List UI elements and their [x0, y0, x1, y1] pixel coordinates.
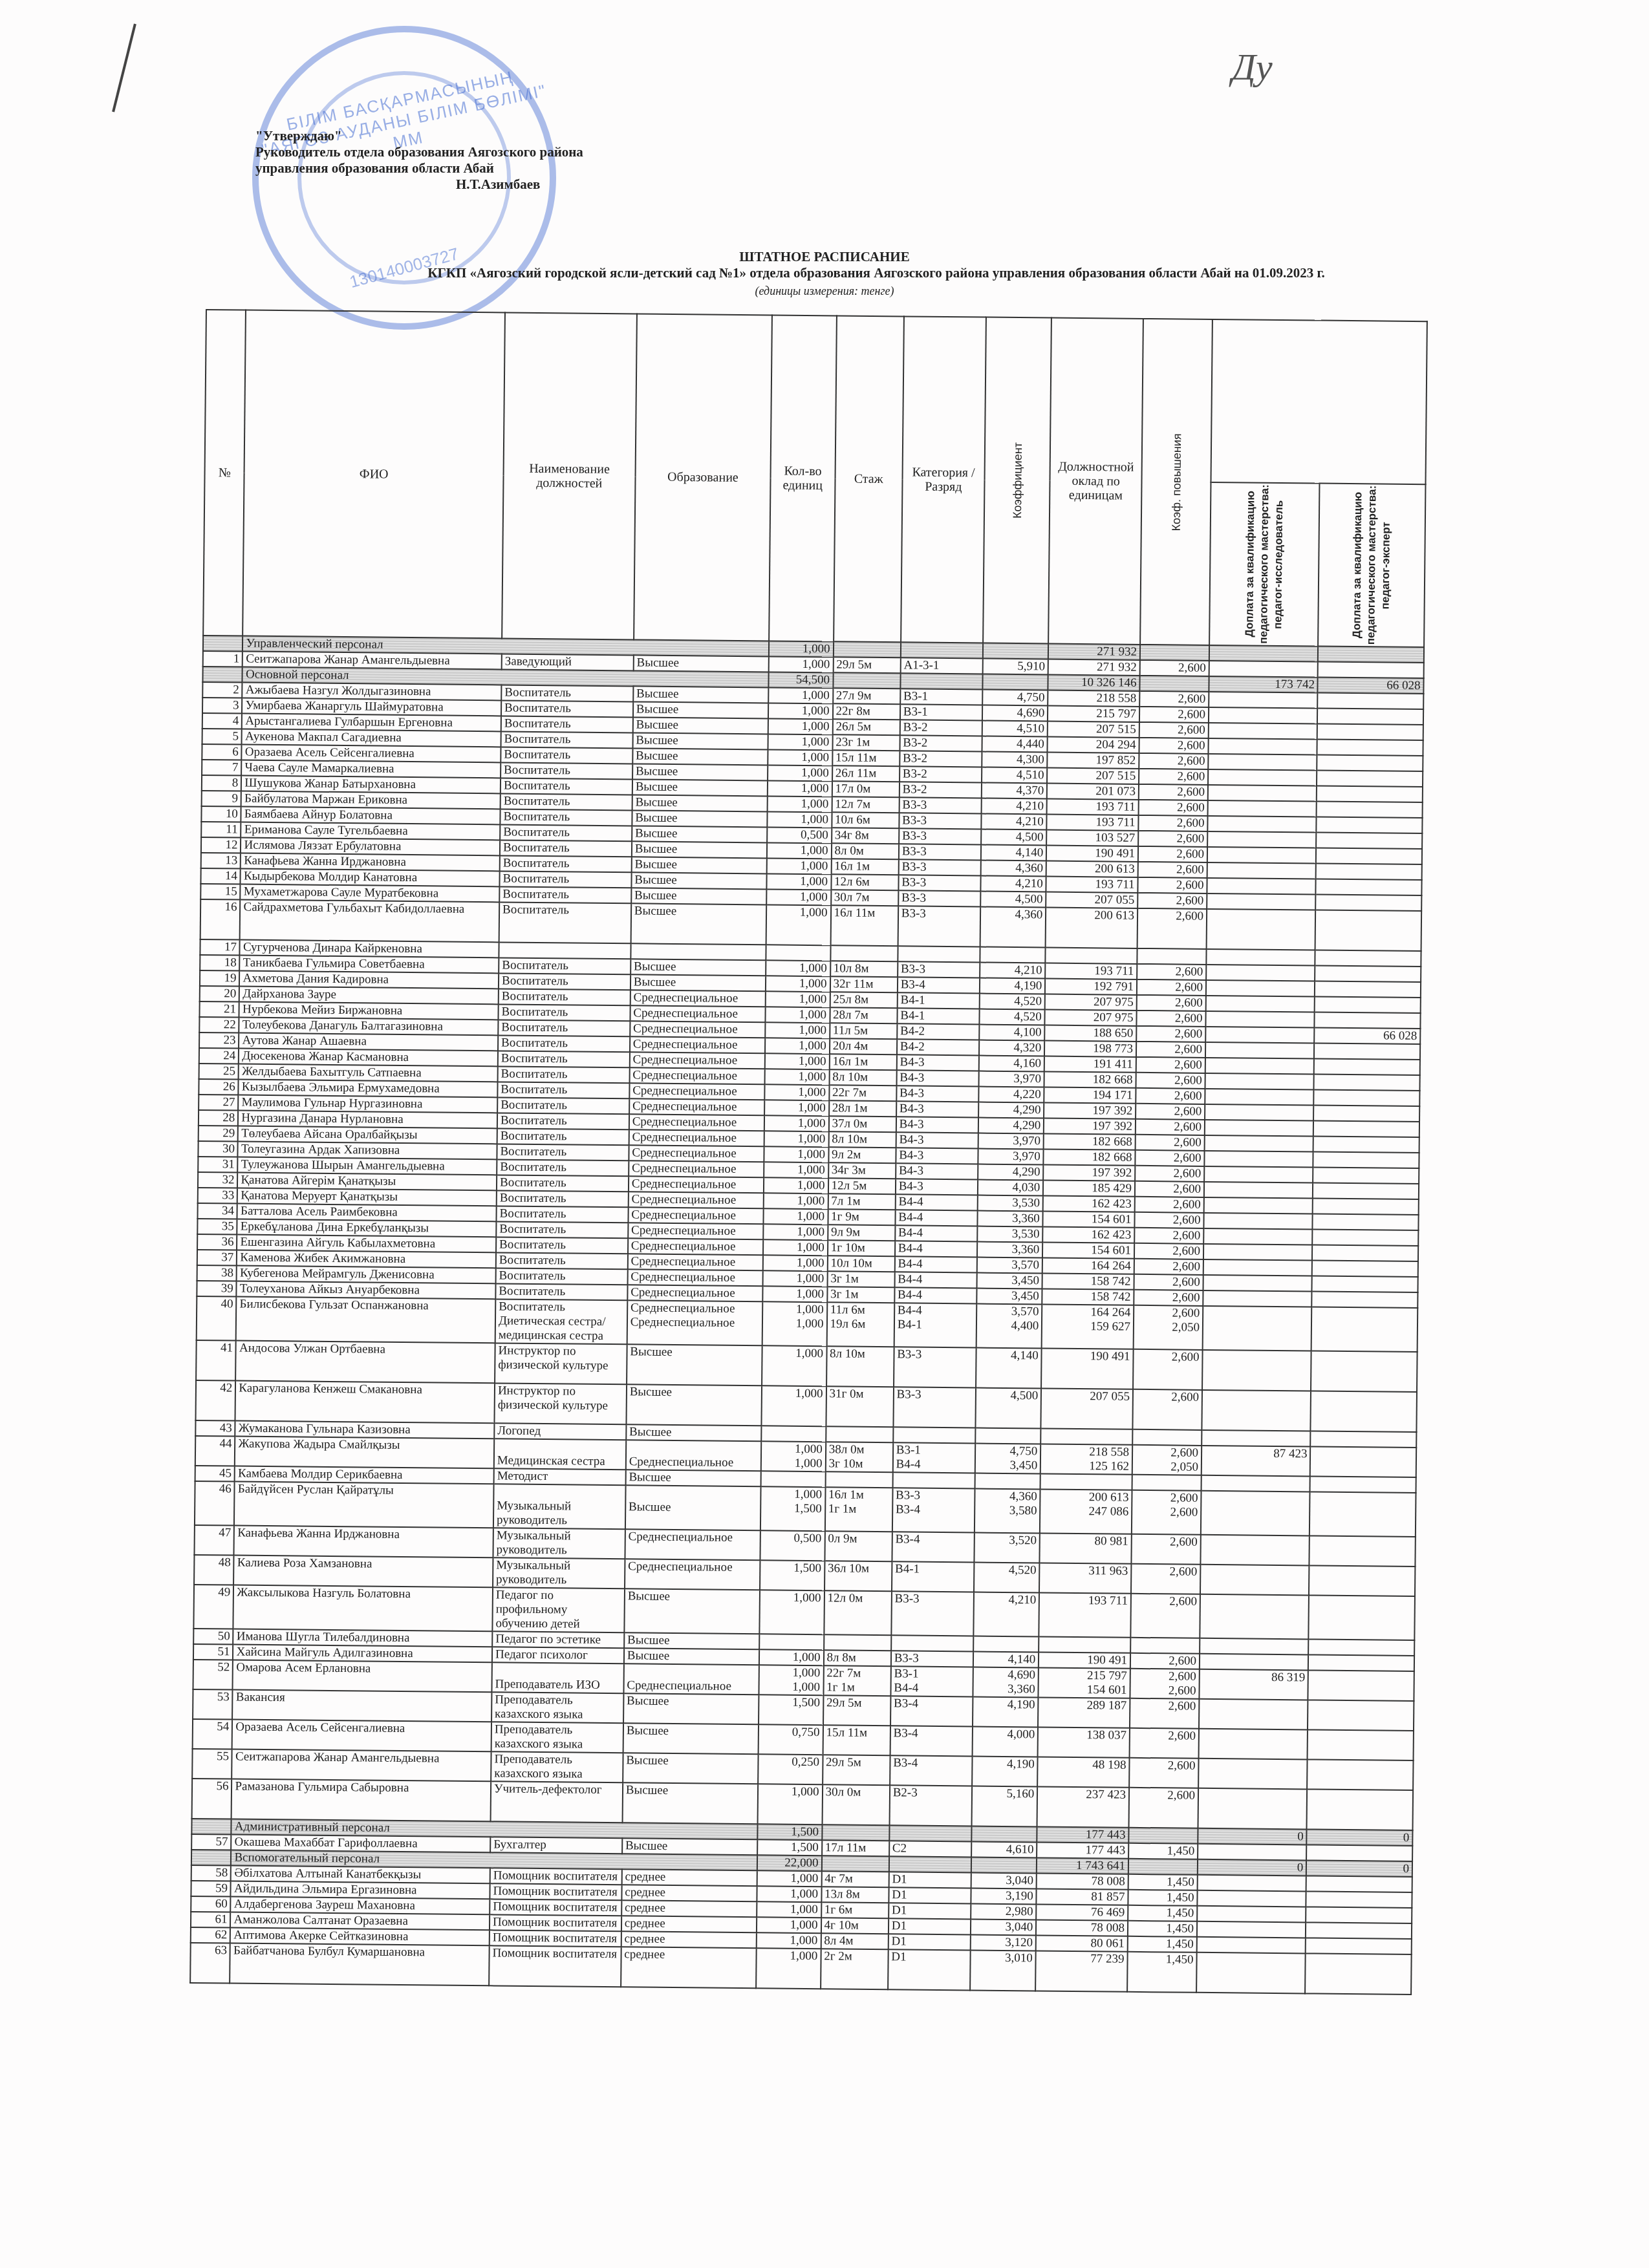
row-bonus-researcher — [1207, 893, 1316, 910]
row-bonus-researcher — [1198, 1844, 1307, 1861]
row-bonus-expert — [1308, 1670, 1414, 1701]
row-position — [499, 942, 630, 959]
row-experience-line: 8л 10м — [832, 1132, 892, 1147]
row-units: 1,000 — [769, 656, 834, 672]
row-category: В3-2 — [900, 735, 982, 751]
row-raise-coef-line: 2,050 — [1136, 1460, 1198, 1475]
row-education: Высшее — [624, 1648, 760, 1665]
row-category-line: В3-3 — [896, 1488, 972, 1503]
row-bonus-researcher — [1206, 949, 1315, 966]
row-education-line: Среднеспециальное — [633, 1022, 762, 1037]
row-raise-coef: 2,600 — [1134, 1212, 1203, 1228]
row-units-line: 1,000 — [768, 1116, 826, 1131]
row-no: 7 — [202, 760, 242, 776]
row-raise-coef-line: 2,600 — [1139, 1089, 1202, 1104]
row-bonus-researcher — [1204, 1151, 1313, 1168]
section-no — [191, 1819, 232, 1835]
row-experience: 17л 0м — [832, 781, 899, 797]
row-category: В3-3 — [898, 961, 980, 978]
row-category-line — [896, 1473, 972, 1488]
row-salary: 190 491 — [1046, 846, 1138, 862]
row-education-line: Среднеспециальное — [633, 990, 762, 1006]
row-raise-coef-line: 2,600 — [1137, 1290, 1200, 1305]
row-bonus-expert — [1308, 1700, 1414, 1731]
row-position-line: Музыкальный руководитель — [497, 1499, 622, 1528]
row-salary-line: 154 601 — [1046, 1243, 1131, 1258]
row-raise-coef-line: 1,450 — [1131, 1906, 1194, 1921]
row-units: 1,000 — [768, 749, 832, 765]
row-salary: 207 515 — [1048, 722, 1139, 738]
row-position-line: Инструктор по физической культуре — [498, 1384, 623, 1413]
row-units-line: 1,000 — [771, 703, 830, 718]
row-raise-coef: 2,600 — [1135, 1150, 1204, 1166]
section-coef — [983, 674, 1048, 690]
row-position: Помощник воспитателя — [490, 1899, 621, 1916]
row-salary: 194 171 — [1044, 1087, 1136, 1104]
row-raise-coef-line: 2,600 — [1134, 1669, 1196, 1684]
row-no: 24 — [199, 1048, 239, 1064]
row-units-line: 1,500 — [763, 1561, 821, 1576]
row-education: Среднеспециальное — [630, 1036, 766, 1053]
row-education-line: среднее — [625, 1916, 754, 1932]
row-raise-coef — [1130, 1638, 1200, 1654]
row-experience-line: 26л 5м — [835, 720, 896, 734]
row-bonus-researcher — [1205, 1089, 1314, 1106]
row-no: 22 — [199, 1017, 239, 1033]
row-education-line: Высшее — [630, 1345, 759, 1360]
row-raise-coef-line: 2,600 — [1140, 965, 1203, 979]
row-bonus-expert — [1312, 1276, 1418, 1292]
row-experience: 12л 5м — [828, 1178, 896, 1194]
row-position: Воспитатель — [500, 809, 632, 826]
row-coefficient-line: 5,160 — [975, 1787, 1034, 1802]
section-coef — [983, 643, 1048, 659]
row-raise-coef-line: 2,600 — [1133, 1729, 1196, 1744]
row-category-line: В4-4 — [894, 1681, 970, 1696]
section-raise — [1140, 645, 1209, 661]
row-education: Среднеспециальное — [627, 1269, 763, 1286]
row-salary: 207 055 — [1046, 892, 1137, 908]
row-experience-line: 34г 3м — [832, 1163, 892, 1178]
row-coefficient: 3,360 — [977, 1242, 1042, 1258]
row-education: Высшее — [623, 1723, 759, 1754]
row-education: Среднеспециальное — [629, 1067, 765, 1084]
row-position-line: Бухгалтер — [493, 1837, 619, 1853]
row-category-line: В4-3 — [900, 1055, 976, 1070]
row-coefficient: 3,040 — [971, 1872, 1037, 1888]
row-raise-coef-line: 2,600 — [1137, 1213, 1200, 1228]
row-coefficient: 4,360 — [981, 861, 1046, 877]
row-raise-coef-line: 2,600 — [1139, 1011, 1202, 1026]
row-units: 1,500 — [757, 1839, 822, 1856]
row-raise-coef: 2,6002,600 — [1130, 1669, 1199, 1699]
row-position: Преподаватель казахского языка — [491, 1751, 623, 1782]
row-experience-line: 0л 9м — [828, 1532, 889, 1546]
row-experience: 25л 8м — [830, 992, 897, 1008]
row-education-line: Среднеспециальное — [632, 1177, 761, 1192]
row-raise-coef-line: 2,600 — [1142, 785, 1205, 800]
row-experience-line: 19л 6м — [830, 1317, 890, 1332]
row-bonus-expert — [1313, 1183, 1419, 1200]
row-no: 15 — [200, 884, 241, 900]
row-position-line: Воспитатель — [503, 809, 629, 825]
row-salary-line: 164 264 — [1045, 1305, 1130, 1320]
row-category: В4-3 — [896, 1054, 979, 1071]
row-units: 1,000 — [757, 1917, 821, 1933]
section-cat — [889, 1825, 972, 1841]
row-position: Воспитатель — [501, 700, 633, 717]
row-education: Среднеспециальное — [630, 1021, 766, 1038]
row-raise-coef-line: 2,050 — [1137, 1320, 1200, 1335]
row-category: В4-1 — [897, 992, 980, 1009]
row-raise-coef: 2,600 — [1139, 784, 1208, 800]
row-category-line: В3-1 — [903, 705, 980, 720]
row-coefficient: 4,210 — [982, 814, 1047, 830]
row-position: Воспитатель — [497, 1082, 629, 1098]
section-bonus-expert: 0 — [1307, 1829, 1413, 1846]
row-units-line: 1,000 — [768, 1100, 826, 1115]
row-fio: Карагуланова Кенжеш Смакановна — [235, 1381, 495, 1424]
row-units: 1,000 — [768, 734, 833, 750]
row-category-line — [894, 1636, 971, 1651]
row-raise-coef: 2,600 — [1129, 1788, 1199, 1828]
row-raise-coef: 2,600 — [1131, 1534, 1200, 1565]
row-salary: 215 797 — [1048, 706, 1139, 722]
row-no: 57 — [191, 1834, 232, 1850]
row-salary-line: 198 773 — [1048, 1042, 1133, 1056]
row-coefficient: 3,120 — [971, 1934, 1036, 1951]
row-raise-coef-line: 2,600 — [1137, 1306, 1200, 1321]
row-salary: 207 975 — [1045, 994, 1137, 1011]
col-category: Категория / Разряд — [901, 316, 986, 643]
row-position: Помощник воспитателя — [490, 1930, 621, 1947]
row-units-line: 1,000 — [770, 859, 828, 873]
row-units-line: 1,500 — [764, 1501, 822, 1516]
row-education: Высшее — [632, 748, 768, 765]
row-units-line: 1,000 — [767, 1147, 825, 1162]
row-coefficient: 3,570 — [977, 1257, 1042, 1274]
row-bonus-researcher — [1204, 1182, 1313, 1199]
row-salary-line: 138 037 — [1041, 1728, 1126, 1743]
row-raise-coef-line: 2,600 — [1137, 1244, 1200, 1259]
row-education: Высшее — [633, 655, 769, 672]
row-units-line: 1,000 — [760, 1871, 819, 1886]
row-category-line: В3-3 — [902, 798, 978, 813]
row-education: Среднеспециальное — [629, 1129, 764, 1146]
row-experience: 8л 4м — [821, 1933, 888, 1949]
row-coefficient-line: 2,980 — [974, 1905, 1033, 1920]
row-bonus-expert — [1316, 895, 1422, 912]
row-no: 54 — [193, 1719, 233, 1749]
row-experience: 16л 1м — [831, 859, 898, 875]
row-coefficient-line: 3,040 — [974, 1920, 1033, 1935]
row-salary-line: 190 491 — [1042, 1653, 1127, 1668]
row-units-line: 1,000 — [766, 1240, 824, 1255]
row-experience: 12л 6м — [831, 874, 898, 890]
row-category-line: В4-4 — [898, 1272, 974, 1287]
row-category-line: В4-3 — [900, 1071, 976, 1086]
row-category: В3-2 — [900, 751, 982, 767]
row-education: Среднеспециальное — [630, 1052, 766, 1069]
row-coefficient: 4,210 — [974, 1592, 1040, 1636]
row-coefficient: 4,440 — [982, 736, 1048, 753]
row-salary-line: 197 392 — [1047, 1104, 1132, 1118]
row-units-line: 1,000 — [766, 1346, 824, 1361]
row-units: 1,000 — [757, 1901, 821, 1918]
row-experience: 0л 9м — [824, 1531, 892, 1561]
row-position: Воспитатель — [501, 685, 633, 701]
row-category-line: В3-2 — [903, 767, 979, 782]
row-category-line: В3-2 — [903, 782, 979, 797]
row-units-line: 1,000 — [760, 1902, 818, 1917]
row-education: среднее — [621, 1900, 757, 1917]
row-bonus-expert — [1317, 786, 1423, 803]
row-position: Воспитатель — [497, 1159, 629, 1176]
row-position-line: Воспитатель — [499, 1253, 625, 1268]
row-bonus-researcher — [1208, 785, 1317, 802]
row-raise-coef: 1,450 — [1128, 1874, 1198, 1890]
row-bonus-expert — [1313, 1214, 1419, 1230]
row-raise-coef-line: 2,600 — [1143, 661, 1206, 676]
row-no: 38 — [197, 1265, 237, 1281]
row-salary-line — [1044, 1475, 1129, 1490]
header-row: № ФИО Наименование должностей Образовани… — [205, 310, 1427, 484]
row-salary: 197 392 — [1044, 1118, 1136, 1135]
row-experience-line: 36л 10м — [828, 1561, 889, 1576]
section-raise — [1139, 676, 1209, 692]
row-units: 1,000 — [763, 1255, 828, 1271]
row-coefficient-line: 4,500 — [984, 892, 1042, 907]
row-experience-line: 15л 11м — [826, 1726, 887, 1740]
row-education-line: Среднеспециальное — [632, 1099, 762, 1115]
row-salary-line: 193 711 — [1050, 877, 1135, 892]
row-position-line: Помощник воспитателя — [492, 1946, 618, 1962]
row-experience-line: 32г 11м — [834, 977, 894, 992]
row-position: Помощник воспитателя — [489, 1945, 621, 1987]
row-coefficient: 4,140 — [981, 845, 1046, 861]
row-bonus-researcher — [1197, 1937, 1306, 1954]
row-experience-line: 10л 10м — [830, 1256, 891, 1271]
row-raise-coef: 2,600 — [1137, 964, 1206, 980]
row-category-line: В4-3 — [899, 1133, 975, 1148]
staff-schedule-table: № ФИО Наименование должностей Образовани… — [189, 309, 1428, 1995]
row-education-line: Высшее — [636, 702, 766, 718]
row-position-line: Воспитатель — [504, 778, 629, 794]
row-category-line: В3-4 — [901, 978, 977, 992]
row-position-line: Воспитатель — [501, 1051, 627, 1067]
row-experience-line: 34г 8м — [835, 828, 896, 843]
section-raise — [1128, 1828, 1198, 1844]
row-raise-coef-line: 1,450 — [1132, 1875, 1194, 1890]
row-raise-coef: 2,600 — [1138, 846, 1207, 862]
row-position-line: Воспитатель — [501, 1020, 627, 1036]
row-bonus-expert — [1308, 1729, 1414, 1760]
row-no: 62 — [191, 1927, 231, 1943]
row-experience — [826, 1426, 893, 1442]
row-position-line: Воспитатель — [502, 872, 628, 887]
row-education-line: среднее — [625, 1870, 754, 1885]
row-education: Высшее — [632, 826, 768, 842]
approval-line-2: управления образования области Абай — [255, 160, 583, 177]
row-category-line: В4-3 — [899, 1148, 975, 1163]
row-salary-line: 207 975 — [1048, 995, 1134, 1010]
row-position: Воспитатель — [501, 731, 633, 748]
row-experience-line: 17л 0м — [835, 782, 896, 797]
row-education: Высшее — [632, 764, 768, 780]
row-bonus-expert — [1313, 1229, 1419, 1246]
row-coefficient-line: 3,010 — [974, 1951, 1033, 1966]
row-position-line: Инструктор по физической культуре — [498, 1343, 623, 1373]
row-experience: 22г 8м — [833, 703, 900, 720]
row-salary-line — [1042, 1638, 1127, 1653]
row-coefficient-line: 4,360 — [984, 861, 1043, 876]
row-category-line: В3-2 — [903, 720, 979, 735]
section-exp — [833, 672, 900, 689]
row-raise-coef-line: 1,450 — [1131, 1921, 1194, 1936]
row-bonus-expert — [1308, 1654, 1414, 1671]
row-coefficient-line: 3,530 — [981, 1196, 1040, 1211]
row-bonus-researcher — [1200, 1654, 1309, 1671]
row-coefficient: 4,030 — [978, 1180, 1043, 1196]
row-category: В4-4В4-1 — [894, 1303, 976, 1347]
row-position-line: Воспитатель — [501, 1036, 627, 1051]
row-coefficient-line: 4,140 — [976, 1653, 1035, 1667]
row-experience: 38л 0м3г 10м — [825, 1442, 893, 1472]
row-experience: 12л 0м — [824, 1590, 892, 1635]
row-experience: 17л 11м — [822, 1840, 889, 1856]
row-experience: 22г 7м1г 1м — [823, 1665, 891, 1696]
row-position: Помощник воспитателя — [490, 1914, 621, 1931]
row-education-line: Среднеспециальное — [631, 1254, 760, 1270]
section-units: 22,000 — [757, 1855, 822, 1871]
table-body: Управленческий персонал1,000271 9321Сеит… — [190, 636, 1424, 1995]
row-category-line: В3-4 — [894, 1696, 970, 1711]
row-raise-coef-line: 2,600 — [1138, 1166, 1201, 1181]
row-education-line: Среднеспециальное — [630, 1315, 760, 1331]
row-units: 1,500 — [759, 1695, 823, 1725]
row-units: 1,000 — [764, 1177, 828, 1193]
row-no: 13 — [201, 853, 241, 869]
row-coefficient-line: 4,370 — [985, 784, 1044, 798]
row-raise-coef-line: 2,600 — [1143, 707, 1205, 722]
row-education-line: Высшее — [627, 1724, 756, 1739]
row-raise-coef-line: 2,600 — [1133, 1684, 1196, 1698]
row-experience: 11л 5м — [830, 1023, 897, 1039]
row-position: Воспитатель — [498, 1004, 630, 1021]
row-fio: Байдүйсен Руслан Қайратұлы — [234, 1482, 493, 1528]
row-coefficient-line: 4,610 — [975, 1843, 1033, 1857]
row-experience-line — [827, 1635, 888, 1650]
row-coefficient-line: 4,520 — [977, 1563, 1036, 1578]
row-salary: 218 558 — [1048, 690, 1139, 707]
row-experience-line: 25л 8м — [833, 992, 894, 1007]
row-no: 44 — [195, 1436, 235, 1466]
row-category: В4-3 — [896, 1163, 978, 1179]
row-salary: 197 392 — [1043, 1164, 1135, 1181]
row-education-line: Среднеспециальное — [632, 1115, 762, 1130]
row-coefficient: 4,750 — [982, 690, 1048, 706]
row-position-line: Педагог по профильному обучению детей — [495, 1588, 621, 1632]
row-education-line: Среднеспециальное — [628, 1530, 757, 1545]
row-bonus-expert — [1309, 1535, 1416, 1567]
row-category-line: В3-1 — [894, 1667, 970, 1682]
row-coefficient-line: 3,570 — [980, 1305, 1039, 1320]
row-bonus-researcher — [1201, 1535, 1310, 1566]
row-coefficient: 4,360 — [980, 907, 1046, 948]
row-bonus-researcher — [1205, 1073, 1315, 1090]
row-bonus-expert — [1309, 1595, 1415, 1640]
row-salary-line: 193 711 — [1042, 1594, 1128, 1609]
row-category-line: В4-1 — [895, 1562, 971, 1577]
row-salary: 207 515 — [1047, 768, 1139, 784]
row-no: 41 — [196, 1340, 236, 1381]
row-salary-line: 200 613 — [1049, 908, 1134, 923]
row-bonus-researcher — [1209, 723, 1318, 740]
row-category: В4-3 — [896, 1148, 978, 1164]
row-fio: Рамазанова Гульмира Сабыровна — [232, 1779, 491, 1821]
row-experience-line: 22г 8м — [836, 704, 897, 719]
row-bonus-expert — [1312, 1245, 1418, 1261]
row-position: Воспитатель — [499, 902, 631, 943]
row-no: 40 — [197, 1296, 237, 1341]
row-no: 43 — [195, 1420, 235, 1437]
row-no: 12 — [201, 837, 241, 853]
row-position: Воспитатель — [500, 824, 632, 841]
row-units-line: 1,000 — [769, 992, 827, 1007]
row-position-line — [502, 943, 627, 958]
row-raise-coef-line: 2,600 — [1141, 878, 1203, 893]
row-experience-line: 29л 5м — [826, 1696, 887, 1711]
row-no: 2 — [202, 682, 242, 698]
row-coefficient: 4,510 — [982, 767, 1047, 784]
row-education-line — [629, 1486, 758, 1501]
row-coefficient: 4,210 — [982, 798, 1047, 815]
col-raise-coef: Коэф. повышения — [1140, 319, 1212, 645]
row-salary: 185 429 — [1043, 1180, 1135, 1196]
row-units-line: 1,000 — [771, 688, 830, 703]
row-raise-coef-line: 2,600 — [1138, 1151, 1201, 1166]
row-bonus-researcher — [1202, 1430, 1311, 1447]
row-raise-coef: 1,450 — [1128, 1921, 1197, 1937]
row-experience-line: 10л 8м — [834, 961, 894, 976]
row-raise-coef-line: 2,600 — [1141, 909, 1203, 924]
row-raise-coef: 1,450 — [1127, 1952, 1197, 1993]
row-salary: 190 491 — [1039, 1652, 1130, 1668]
row-coefficient-line: 4,500 — [984, 830, 1043, 845]
row-bonus-expert — [1315, 910, 1421, 952]
row-units-line — [769, 945, 827, 960]
document-subtitle: КГКП «Аягозский городской ясли-детский с… — [52, 265, 1649, 281]
row-raise-coef-line: 2,600 — [1134, 1565, 1197, 1579]
row-bonus-expert — [1309, 1565, 1415, 1596]
row-raise-coef-line: 1,450 — [1131, 1937, 1194, 1952]
row-education: Высшее — [630, 903, 766, 945]
row-bonus-researcher — [1200, 1594, 1309, 1640]
row-position-line: Воспитатель — [501, 1129, 626, 1144]
row-bonus-expert — [1311, 1307, 1417, 1352]
row-position-line: Воспитатель — [503, 825, 629, 840]
row-coefficient: 3,040 — [971, 1919, 1036, 1935]
row-position-line: Медицинская сестра — [497, 1453, 623, 1469]
row-education: Среднеспециальное — [628, 1238, 764, 1255]
row-raise-coef-line: 2,600 — [1138, 1182, 1201, 1197]
row-no: 25 — [199, 1064, 239, 1080]
row-units-line: 1,000 — [760, 1949, 818, 1963]
row-no: 34 — [197, 1203, 237, 1219]
row-bonus-expert — [1311, 1431, 1417, 1448]
row-coefficient-line: 4,510 — [986, 722, 1044, 736]
row-education-line: Среднеспециальное — [627, 1678, 756, 1694]
